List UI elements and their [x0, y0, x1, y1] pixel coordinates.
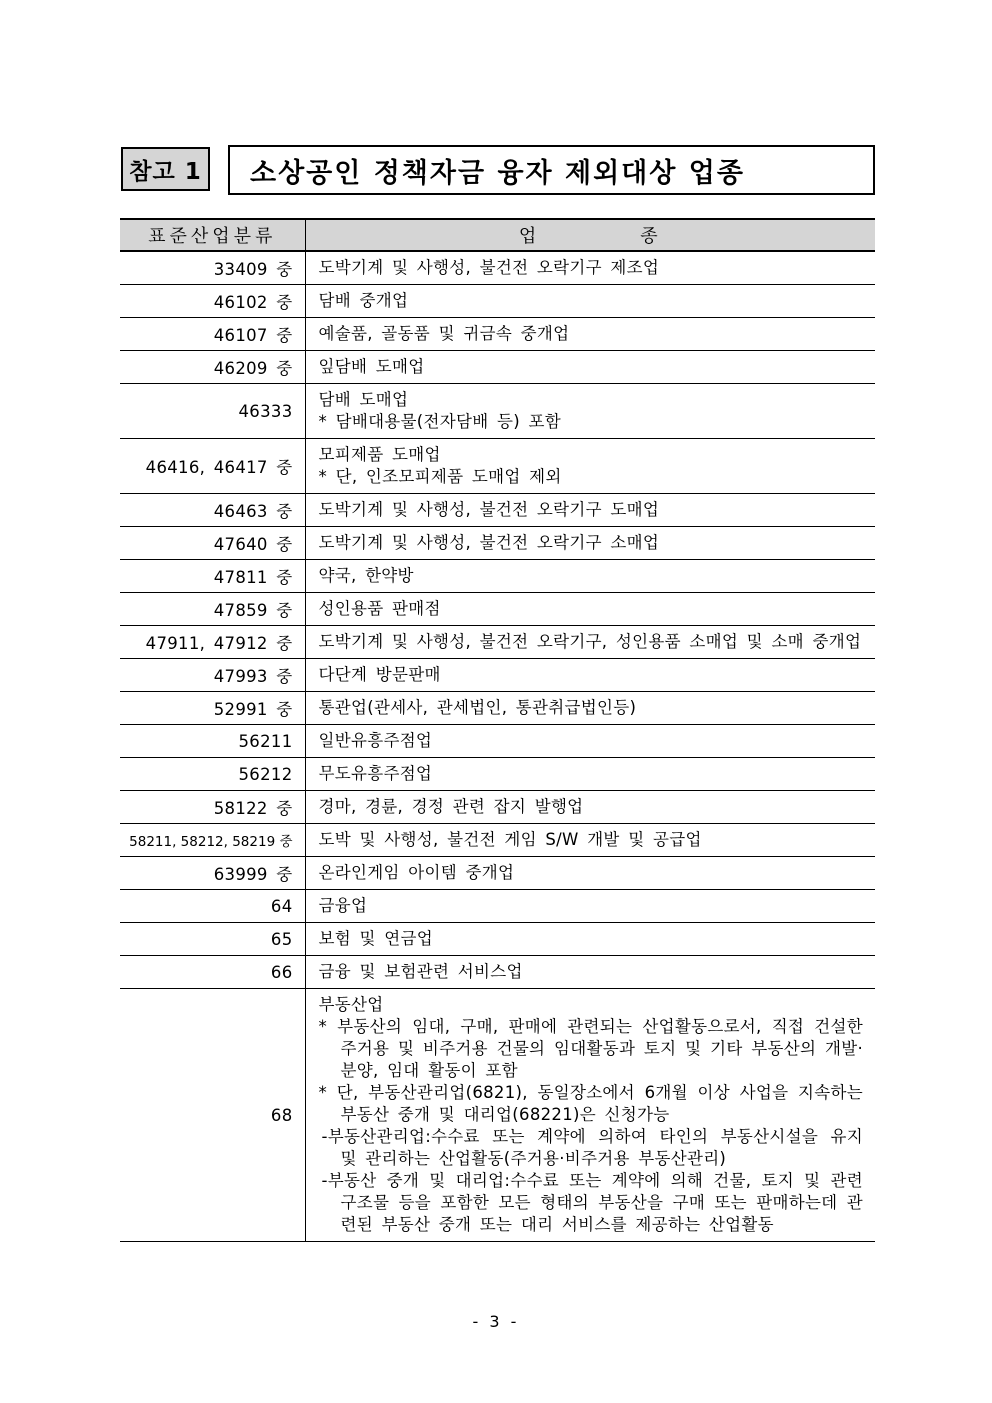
desc-line: 부동산업 — [319, 994, 864, 1016]
industry-code-cell: 46463 중 — [120, 494, 305, 527]
desc-line: 금융업 — [319, 895, 864, 917]
industry-desc-cell: 금융 및 보험관련 서비스업 — [305, 956, 875, 989]
industry-code-cell: 52991 중 — [120, 692, 305, 725]
table-row: 46107 중예술품, 골동품 및 귀금속 중개업 — [120, 318, 875, 351]
table-row: 56212무도유흥주점업 — [120, 758, 875, 791]
industry-code-cell: 58122 중 — [120, 791, 305, 824]
industry-desc-cell: 무도유흥주점업 — [305, 758, 875, 791]
industry-desc-cell: 통관업(관세사, 관세법인, 통관취급법인등) — [305, 692, 875, 725]
industry-desc-cell: 도박기계 및 사행성, 불건전 오락기구 도매업 — [305, 494, 875, 527]
industry-code-cell: 47911, 47912 중 — [120, 626, 305, 659]
table-row: 65보험 및 연금업 — [120, 923, 875, 956]
table-row: 58211, 58212, 58219 중도박 및 사행성, 불건전 게임 S/… — [120, 824, 875, 857]
desc-line: 온라인게임 아이템 중개업 — [319, 862, 864, 884]
industry-code-cell: 56212 — [120, 758, 305, 791]
industry-code-cell: 64 — [120, 890, 305, 923]
reference-badge: 참고 1 — [121, 147, 210, 191]
desc-line: * 단, 부동산관리업(6821), 동일장소에서 6개월 이상 사업을 지속하… — [319, 1082, 864, 1126]
desc-line: * 단, 인조모피제품 도매업 제외 — [319, 466, 864, 488]
industry-desc-cell: 약국, 한약방 — [305, 560, 875, 593]
industry-code-cell: 46102 중 — [120, 285, 305, 318]
document-title-box: 소상공인 정책자금 융자 제외대상 업종 — [228, 145, 875, 195]
industry-desc-cell: 금융업 — [305, 890, 875, 923]
desc-line: 무도유흥주점업 — [319, 763, 864, 785]
table-row: 46102 중담배 중개업 — [120, 285, 875, 318]
table-row: 47993 중다단계 방문판매 — [120, 659, 875, 692]
table-row: 64금융업 — [120, 890, 875, 923]
industry-desc-cell: 부동산업* 부동산의 임대, 구매, 판매에 관련되는 산업활동으로서, 직접 … — [305, 989, 875, 1242]
industry-code-cell: 47993 중 — [120, 659, 305, 692]
desc-line: 도박기계 및 사행성, 불건전 오락기구, 성인용품 소매업 및 소매 중개업 — [319, 631, 864, 653]
industry-desc-cell: 보험 및 연금업 — [305, 923, 875, 956]
table-row: 56211일반유흥주점업 — [120, 725, 875, 758]
industry-desc-cell: 잎담배 도매업 — [305, 351, 875, 384]
industry-code-cell: 46333 — [120, 384, 305, 439]
table-row: 46463 중도박기계 및 사행성, 불건전 오락기구 도매업 — [120, 494, 875, 527]
excluded-industries-table: 표준산업분류 업 종 33409 중도박기계 및 사행성, 불건전 오락기구 제… — [120, 218, 875, 1242]
industry-desc-cell: 경마, 경륜, 경정 관련 잡지 발행업 — [305, 791, 875, 824]
industry-desc-cell: 도박 및 사행성, 불건전 게임 S/W 개발 및 공급업 — [305, 824, 875, 857]
industry-code-cell: 56211 — [120, 725, 305, 758]
industry-desc-cell: 다단계 방문판매 — [305, 659, 875, 692]
page-number: - 3 - — [0, 1312, 992, 1331]
industry-desc-cell: 성인용품 판매점 — [305, 593, 875, 626]
industry-header-char-2: 종 — [640, 222, 661, 248]
desc-line: * 부동산의 임대, 구매, 판매에 관련되는 산업활동으로서, 직접 건설한 … — [319, 1016, 864, 1082]
desc-line: 예술품, 골동품 및 귀금속 중개업 — [319, 323, 864, 345]
table-row: 63999 중온라인게임 아이템 중개업 — [120, 857, 875, 890]
industry-desc-cell: 도박기계 및 사행성, 불건전 오락기구, 성인용품 소매업 및 소매 중개업 — [305, 626, 875, 659]
table-row: 46416, 46417 중모피제품 도매업* 단, 인조모피제품 도매업 제외 — [120, 439, 875, 494]
header-col-industry: 업 종 — [305, 219, 875, 251]
table-row: 33409 중도박기계 및 사행성, 불건전 오락기구 제조업 — [120, 251, 875, 285]
desc-line: 통관업(관세사, 관세법인, 통관취급법인등) — [319, 697, 864, 719]
desc-line: 도박기계 및 사행성, 불건전 오락기구 도매업 — [319, 499, 864, 521]
industry-desc-cell: 모피제품 도매업* 단, 인조모피제품 도매업 제외 — [305, 439, 875, 494]
industry-desc-cell: 도박기계 및 사행성, 불건전 오락기구 제조업 — [305, 251, 875, 285]
document-page: 참고 1 소상공인 정책자금 융자 제외대상 업종 표준산업분류 업 종 334… — [0, 0, 992, 1403]
desc-line: 잎담배 도매업 — [319, 356, 864, 378]
table-row: 47859 중성인용품 판매점 — [120, 593, 875, 626]
desc-line: 다단계 방문판매 — [319, 664, 864, 686]
table-row: 47640 중도박기계 및 사행성, 불건전 오락기구 소매업 — [120, 527, 875, 560]
industry-desc-cell: 담배 도매업* 담배대용물(전자담배 등) 포함 — [305, 384, 875, 439]
desc-line: 성인용품 판매점 — [319, 598, 864, 620]
table-row: 66금융 및 보험관련 서비스업 — [120, 956, 875, 989]
industry-header-chars: 업 종 — [306, 222, 876, 248]
table-row: 47811 중약국, 한약방 — [120, 560, 875, 593]
table-row: 46333담배 도매업* 담배대용물(전자담배 등) 포함 — [120, 384, 875, 439]
industry-code-cell: 66 — [120, 956, 305, 989]
table-row: 52991 중통관업(관세사, 관세법인, 통관취급법인등) — [120, 692, 875, 725]
table-row: 46209 중잎담배 도매업 — [120, 351, 875, 384]
desc-line: 담배 중개업 — [319, 290, 864, 312]
table-row: 68부동산업* 부동산의 임대, 구매, 판매에 관련되는 산업활동으로서, 직… — [120, 989, 875, 1242]
industry-code-cell: 47640 중 — [120, 527, 305, 560]
industry-code-cell: 46107 중 — [120, 318, 305, 351]
desc-line: 도박 및 사행성, 불건전 게임 S/W 개발 및 공급업 — [319, 829, 864, 851]
industry-header-char-1: 업 — [519, 222, 540, 248]
industry-code-cell: 47859 중 — [120, 593, 305, 626]
industry-desc-cell: 담배 중개업 — [305, 285, 875, 318]
header-col-classification: 표준산업분류 — [120, 219, 305, 251]
table-body: 33409 중도박기계 및 사행성, 불건전 오락기구 제조업46102 중담배… — [120, 251, 875, 1242]
industry-code-cell: 46416, 46417 중 — [120, 439, 305, 494]
desc-line: 약국, 한약방 — [319, 565, 864, 587]
desc-line: -부동산 중개 및 대리업:수수료 또는 계약에 의해 건물, 토지 및 관련 … — [322, 1170, 864, 1236]
industry-code-cell: 58211, 58212, 58219 중 — [120, 824, 305, 857]
industry-desc-cell: 일반유흥주점업 — [305, 725, 875, 758]
industry-code-cell: 65 — [120, 923, 305, 956]
desc-line: 일반유흥주점업 — [319, 730, 864, 752]
industry-code-cell: 47811 중 — [120, 560, 305, 593]
desc-line: 담배 도매업 — [319, 389, 864, 411]
industry-code-cell: 63999 중 — [120, 857, 305, 890]
reference-badge-label: 참고 1 — [129, 153, 201, 186]
desc-line: 도박기계 및 사행성, 불건전 오락기구 소매업 — [319, 532, 864, 554]
desc-line: * 담배대용물(전자담배 등) 포함 — [319, 411, 864, 433]
table-header-row: 표준산업분류 업 종 — [120, 219, 875, 251]
industry-code-cell: 33409 중 — [120, 251, 305, 285]
desc-line: -부동산관리업:수수료 또는 계약에 의하여 타인의 부동산시설을 유지 및 관… — [322, 1126, 864, 1170]
industry-desc-cell: 도박기계 및 사행성, 불건전 오락기구 소매업 — [305, 527, 875, 560]
industry-desc-cell: 온라인게임 아이템 중개업 — [305, 857, 875, 890]
table-row: 58122 중경마, 경륜, 경정 관련 잡지 발행업 — [120, 791, 875, 824]
desc-line: 금융 및 보험관련 서비스업 — [319, 961, 864, 983]
table-row: 47911, 47912 중도박기계 및 사행성, 불건전 오락기구, 성인용품… — [120, 626, 875, 659]
industry-code-cell: 46209 중 — [120, 351, 305, 384]
desc-line: 도박기계 및 사행성, 불건전 오락기구 제조업 — [319, 257, 864, 279]
industry-desc-cell: 예술품, 골동품 및 귀금속 중개업 — [305, 318, 875, 351]
desc-line: 모피제품 도매업 — [319, 444, 864, 466]
desc-line: 보험 및 연금업 — [319, 928, 864, 950]
document-title: 소상공인 정책자금 융자 제외대상 업종 — [250, 151, 745, 190]
industry-code-cell: 68 — [120, 989, 305, 1242]
desc-line: 경마, 경륜, 경정 관련 잡지 발행업 — [319, 796, 864, 818]
